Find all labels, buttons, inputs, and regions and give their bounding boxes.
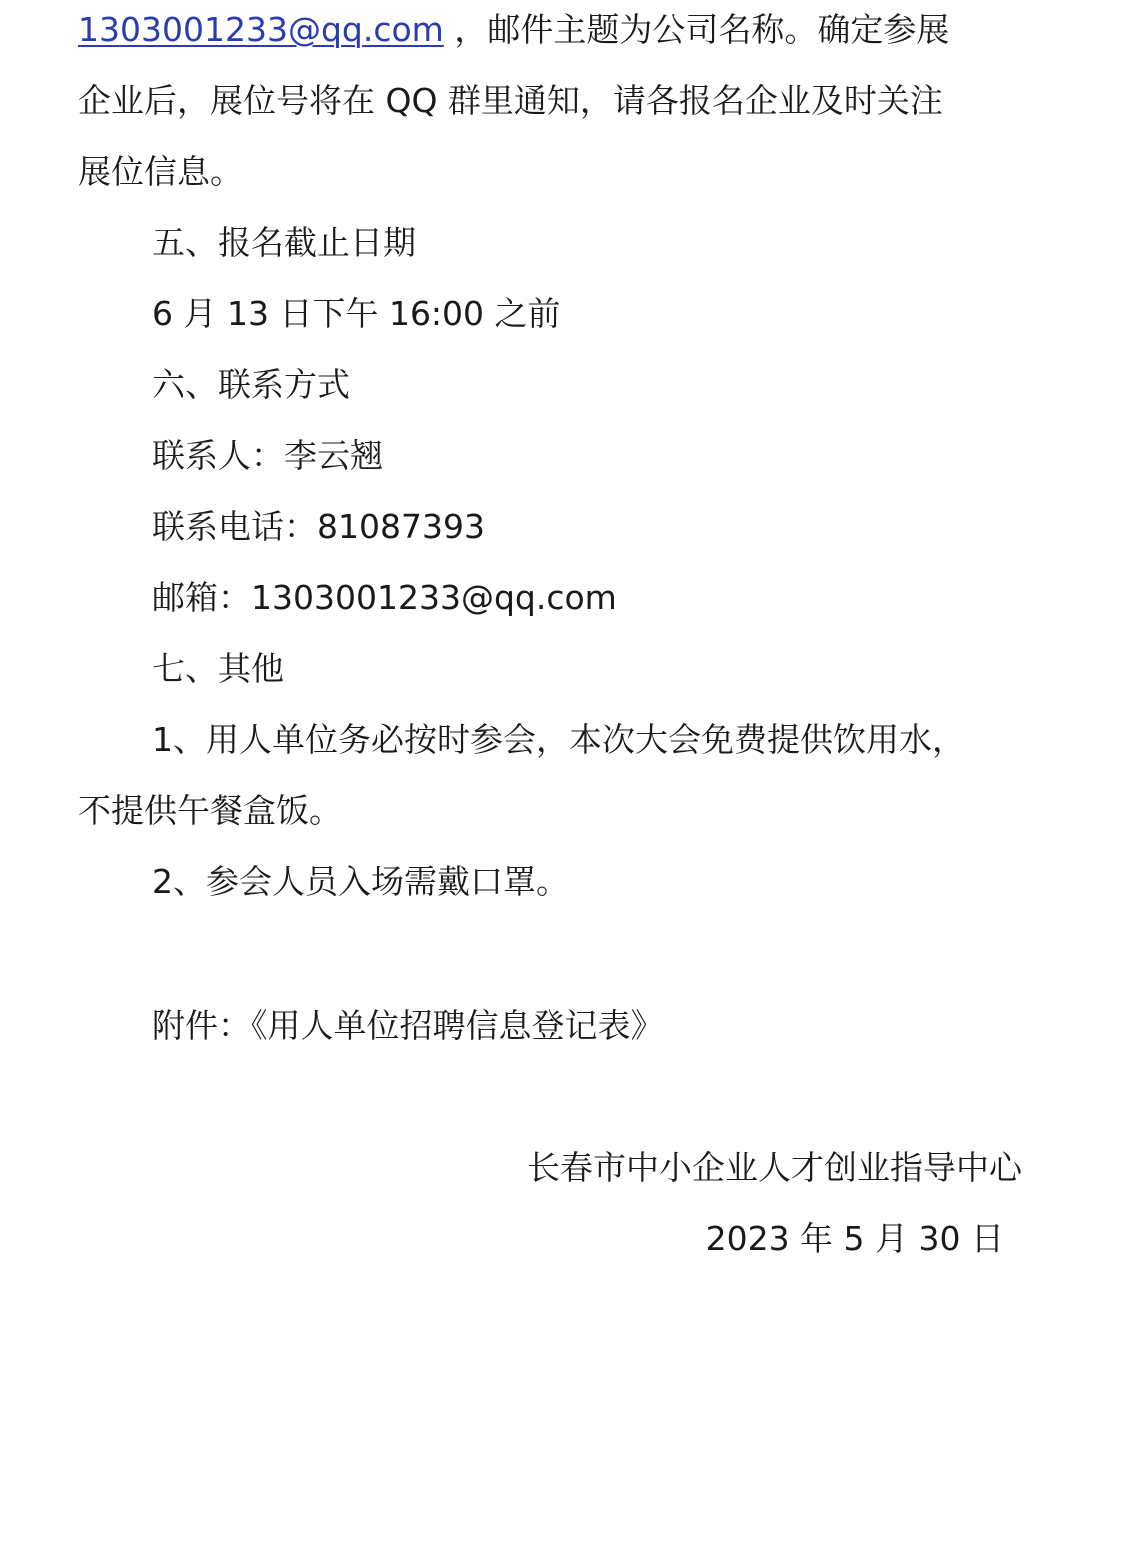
section6-heading: 六、联系方式	[152, 365, 350, 405]
signature-date: 2023 年 5 月 30 日	[706, 1219, 1004, 1259]
other-item-1-line-2: 不提供午餐盒饭。	[78, 791, 342, 831]
contact-email: 邮箱：1303001233@qq.com	[152, 578, 617, 618]
registration-line-2: 企业后，展位号将在 QQ 群里通知，请各报名企业及时关注	[78, 81, 943, 121]
other-item-1-line-1: 1、用人单位务必按时参会，本次大会免费提供饮用水，	[152, 720, 965, 760]
contact-phone: 联系电话：81087393	[152, 507, 485, 547]
registration-line-3: 展位信息。	[78, 152, 243, 192]
other-item-2: 2、参会人员入场需戴口罩。	[152, 862, 569, 902]
deadline-text: 6 月 13 日下午 16:00 之前	[152, 294, 561, 334]
email-link[interactable]: 1303001233@qq.com	[78, 10, 444, 49]
section5-heading: 五、报名截止日期	[152, 223, 416, 263]
registration-line-1: 1303001233@qq.com ，邮件主题为公司名称。确定参展	[78, 10, 949, 50]
attachment-text: 附件：《用人单位招聘信息登记表》	[152, 1006, 664, 1046]
registration-text-1: ，邮件主题为公司名称。确定参展	[444, 10, 950, 49]
section7-heading: 七、其他	[152, 649, 284, 689]
contact-person: 联系人：李云翘	[152, 436, 383, 476]
signature-organization: 长春市中小企业人才创业指导中心	[527, 1148, 1022, 1188]
